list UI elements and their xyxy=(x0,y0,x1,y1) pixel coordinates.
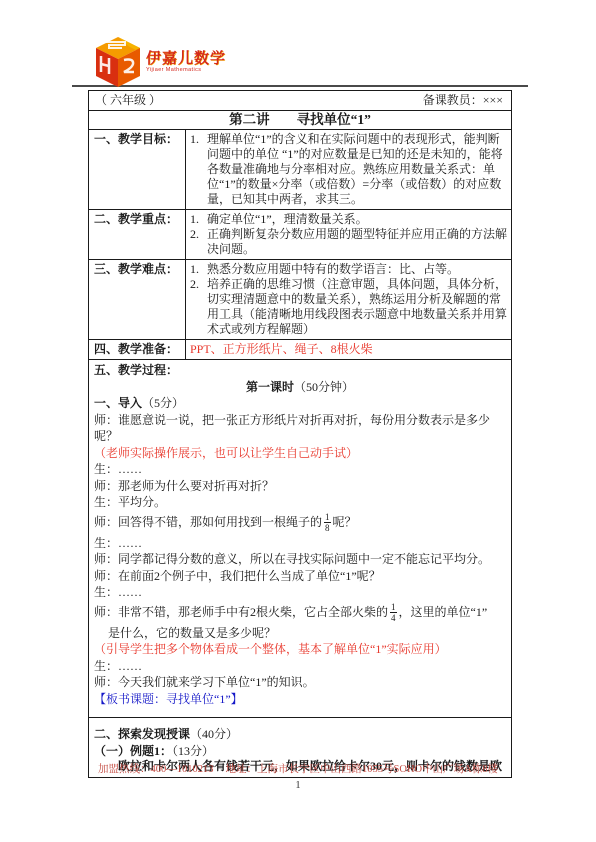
fraction-denominator: 4 xyxy=(390,612,397,623)
process-label: 五、教学过程： xyxy=(94,362,506,379)
logo: 伊嘉儿数学 Yijiaer Mathematics xyxy=(95,36,226,92)
session-title-bold: 第一课时 xyxy=(246,380,294,394)
fraction-one-eighth: 1 8 xyxy=(324,512,331,533)
grade-label: （ 六年级 ） xyxy=(95,93,161,108)
fraction-line-pre: 师：非常不错，那老师手中有2根火柴，它占全部火柴的 xyxy=(94,604,388,621)
goals-row: 一、教学目标： 1. 理解单位“1”的含义和在实际问题中的表现形式，能判断问题中… xyxy=(89,129,511,209)
list-item: 1. 理解单位“1”的含义和在实际问题中的表现形式，能判断问题中的单位 “1”的… xyxy=(190,132,507,207)
dialogue-line: 生：…… xyxy=(94,461,506,478)
fraction-one-quarter: 1 4 xyxy=(390,602,397,623)
logo-cube-icon xyxy=(95,36,141,92)
explore-heading-rest: （40分） xyxy=(190,727,238,741)
fraction-line-post: ，这里的单位“1” xyxy=(399,604,488,621)
key-points-content: 1. 确定单位“1”，理清数量关系。 2. 正确判断复杂分数应用题的题型特征并应… xyxy=(186,210,511,259)
example-heading: （一）例题1：（13分） xyxy=(94,743,506,760)
list-item: 1. 熟悉分数应用题中特有的数学语言：比、占等。 xyxy=(190,262,507,277)
dialogue-line: 师：谁愿意说一说，把一张正方形纸片对折再对折，每份用分数表示是多少呢？ xyxy=(94,412,506,445)
list-item-number: 2. xyxy=(190,277,207,337)
dialogue-line: 师：同学都记得分数的意义，所以在寻找实际问题中一定不能忘记平均分。 xyxy=(94,551,506,568)
process-row: 五、教学过程： 第一课时（50分钟） 一、导入（5分） 师：谁愿意说一说，把一张… xyxy=(89,359,511,717)
preparation-row: 四、教学准备： PPT、正方形纸片、绳子、8根火柴 xyxy=(89,339,511,359)
list-item-text: 熟悉分数应用题中特有的数学语言：比、占等。 xyxy=(207,262,507,277)
list-item-text: 确定单位“1”，理清数量关系。 xyxy=(207,212,507,227)
dialogue-line-with-fraction: 师：回答得不错，那如何用找到一根绳子的 1 8 呢？ xyxy=(94,511,506,535)
logo-subtitle: Yijiaer Mathematics xyxy=(146,67,226,74)
example-heading-rest: （13分） xyxy=(172,744,214,758)
list-item-number: 1. xyxy=(190,212,207,227)
list-item: 2. 培养正确的思维习惯（注意审题，具体问题，具体分析，切实理清题意中的数量关系… xyxy=(190,277,507,337)
teacher-label: 备课教员：××× xyxy=(423,93,503,108)
list-item-text: 培养正确的思维习惯（注意审题，具体问题，具体分析，切实理清题意中的数量关系），熟… xyxy=(207,277,507,337)
document-page: 伊嘉儿数学 Yijiaer Mathematics （ 六年级 ） 备课教员：×… xyxy=(0,0,596,842)
dialogue-line: 生：…… xyxy=(94,584,506,601)
intro-heading-bold: 一、导入 xyxy=(94,396,142,410)
teacher-note: （引导学生把多个物体看成一个整体，基本了解单位“1”实际应用） xyxy=(94,641,506,658)
dialogue-line: 师：那老师为什么要对折再对折？ xyxy=(94,478,506,495)
list-item-text: 理解单位“1”的含义和在实际问题中的表现形式，能判断问题中的单位 “1”的对应数… xyxy=(207,132,507,207)
list-item-number: 1. xyxy=(190,262,207,277)
intro-heading-rest: （5分） xyxy=(142,396,184,410)
list-item: 1. 确定单位“1”，理清数量关系。 xyxy=(190,212,507,227)
goals-label: 一、教学目标： xyxy=(89,130,186,209)
footer-address: 地址：上海市长宁区中山西路1055号SOHO中山广场A栋8楼 xyxy=(226,764,498,775)
explore-heading-bold: 二、探索发现授课 xyxy=(94,727,190,741)
footer: 加盟热线：400—1010213地址：上海市长宁区中山西路1055号SOHO中山… xyxy=(0,761,596,776)
list-item-number: 2. xyxy=(190,227,207,257)
preparation-label: 四、教学准备： xyxy=(89,340,186,359)
info-row: （ 六年级 ） 备课教员：××× xyxy=(89,91,511,110)
intro-heading: 一、导入（5分） xyxy=(94,395,506,412)
lesson-plan-table: （ 六年级 ） 备课教员：××× 第二讲 寻找单位“1” 一、教学目标： 1. … xyxy=(88,90,512,778)
session-title-rest: （50分钟） xyxy=(294,380,354,394)
dialogue-line-with-fraction: 师：非常不错，那老师手中有2根火柴，它占全部火柴的 1 4 ，这里的单位“1” xyxy=(94,601,506,625)
footer-hotline: 加盟热线：400—1010213 xyxy=(98,764,214,775)
board-topic-note: 【板书课题：寻找单位“1”】 xyxy=(94,691,506,708)
logo-name: 伊嘉儿数学 xyxy=(146,51,226,67)
dialogue-line: 生：…… xyxy=(94,535,506,552)
list-item-text: 正确判断复杂分数应用题的题型特征并应用正确的方法解决问题。 xyxy=(207,227,507,257)
dialogue-line: 师：在前面2个例子中，我们把什么当成了单位“1”呢？ xyxy=(94,568,506,585)
preparation-content: PPT、正方形纸片、绳子、8根火柴 xyxy=(186,340,511,359)
fraction-denominator: 8 xyxy=(324,522,331,533)
key-points-label: 二、教学重点： xyxy=(89,210,186,259)
dialogue-line: 师：今天我们就来学习下单位“1”的知识。 xyxy=(94,674,506,691)
explore-heading: 二、探索发现授课（40分） xyxy=(94,726,506,743)
list-item: 2. 正确判断复杂分数应用题的题型特征并应用正确的方法解决问题。 xyxy=(190,227,507,257)
difficulties-label: 三、教学难点： xyxy=(89,260,186,339)
dialogue-line-continuation: 是什么，它的数量又是多少呢？ xyxy=(94,625,506,642)
teacher-note: （老师实际操作展示，也可以让学生自己动手试） xyxy=(94,445,506,462)
dialogue-line: 生：…… xyxy=(94,658,506,675)
dialogue-line: 生：平均分。 xyxy=(94,494,506,511)
page-number: 1 xyxy=(0,780,596,791)
lesson-title: 第二讲 寻找单位“1” xyxy=(89,110,511,129)
list-item-number: 1. xyxy=(190,132,207,207)
fraction-numerator: 1 xyxy=(325,512,330,522)
difficulties-content: 1. 熟悉分数应用题中特有的数学语言：比、占等。 2. 培养正确的思维习惯（注意… xyxy=(186,260,511,339)
difficulties-row: 三、教学难点： 1. 熟悉分数应用题中特有的数学语言：比、占等。 2. 培养正确… xyxy=(89,259,511,339)
fraction-numerator: 1 xyxy=(391,602,396,612)
example-heading-bold: （一）例题1： xyxy=(94,744,172,758)
fraction-line-pre: 师：回答得不错，那如何用找到一根绳子的 xyxy=(94,514,322,531)
goals-content: 1. 理解单位“1”的含义和在实际问题中的表现形式，能判断问题中的单位 “1”的… xyxy=(186,130,511,209)
fraction-line-post: 呢？ xyxy=(333,514,357,531)
session-title: 第一课时（50分钟） xyxy=(94,379,506,396)
key-points-row: 二、教学重点： 1. 确定单位“1”，理清数量关系。 2. 正确判断复杂分数应用… xyxy=(89,209,511,259)
